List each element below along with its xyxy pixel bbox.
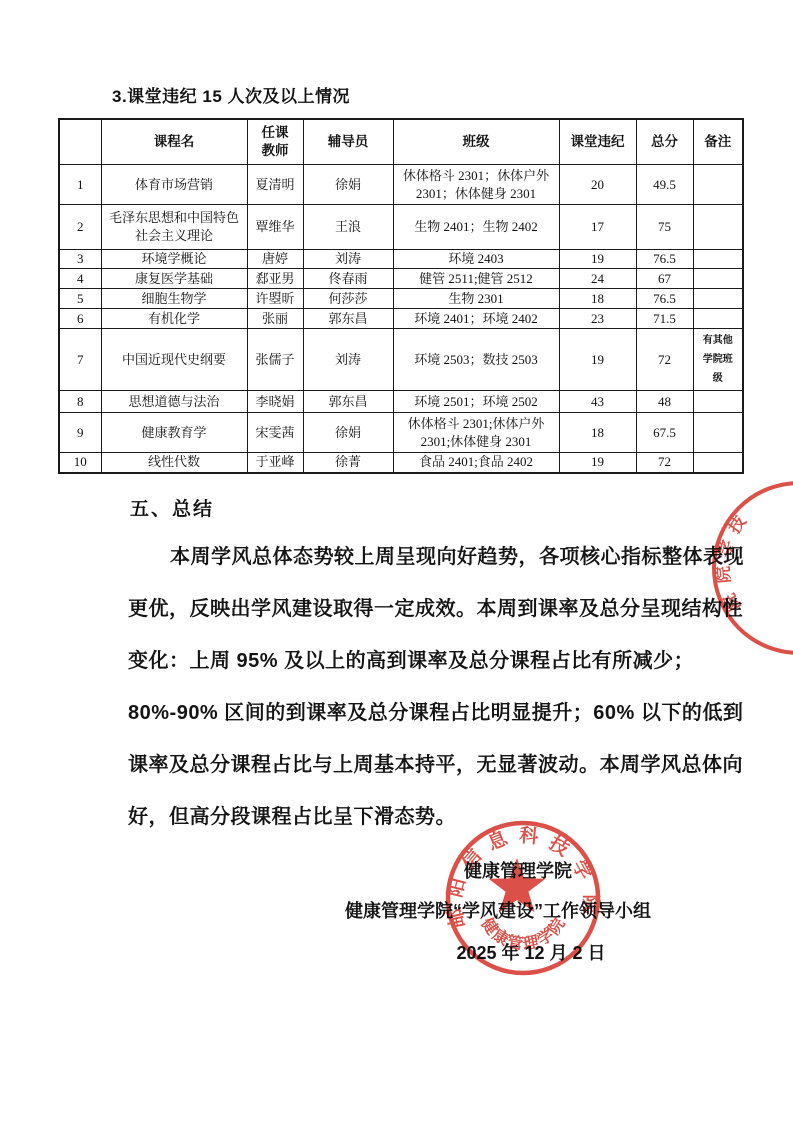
table-cell — [693, 165, 743, 205]
table-cell: 环境学概论 — [101, 250, 247, 269]
table-cell: 线性代数 — [101, 453, 247, 473]
table-cell: 细胞生物学 — [101, 289, 247, 309]
table-cell: 体育市场营销 — [101, 165, 247, 205]
table-cell: 健康教育学 — [101, 413, 247, 453]
summary-line: 80%-90% 区间的到课率及总分课程占比明显提升；60% 以下的低到 — [128, 687, 676, 739]
table-cell: 徐娟 — [303, 413, 393, 453]
table-cell: 康复医学基础 — [101, 269, 247, 289]
table-cell: 17 — [559, 205, 636, 250]
document-page: 3.课堂违纪 15 人次及以上情况 课程名任课 教师辅导员班级课堂违纪总分备注 … — [0, 0, 793, 1122]
table-cell: 毛泽东思想和中国特色社会主义理论 — [101, 205, 247, 250]
table-row: 5细胞生物学许曌昕何莎莎生物 23011876.5 — [59, 289, 743, 309]
table-cell: 9 — [59, 413, 101, 453]
table-cell: 72 — [636, 329, 693, 391]
table-row: 7中国近现代史纲要张儒子刘涛环境 2503；数技 25031972有其他学院班级 — [59, 329, 743, 391]
table-cell: 19 — [559, 250, 636, 269]
table-cell: 24 — [559, 269, 636, 289]
svg-text:院: 院 — [719, 590, 745, 614]
svg-text:学: 学 — [568, 856, 597, 884]
table-cell: 环境 2403 — [393, 250, 559, 269]
table-cell: 健管 2511;健管 2512 — [393, 269, 559, 289]
table-cell — [693, 289, 743, 309]
table-cell — [693, 309, 743, 329]
table-cell: 唐婷 — [247, 250, 303, 269]
seal-star-icon — [489, 858, 546, 912]
svg-text:院: 院 — [713, 565, 734, 584]
table-cell: 67.5 — [636, 413, 693, 453]
table-cell: 5 — [59, 289, 101, 309]
table-cell: 19 — [559, 329, 636, 391]
table-cell: 23 — [559, 309, 636, 329]
table-row: 2毛泽东思想和中国特色社会主义理论覃维华王浪生物 2401；生物 2402177… — [59, 205, 743, 250]
table-cell — [693, 413, 743, 453]
svg-text:院: 院 — [580, 894, 603, 913]
table-cell: 8 — [59, 391, 101, 413]
svg-text:科: 科 — [518, 823, 540, 848]
partial-seal-stamp: 技学院院 — [702, 478, 793, 664]
table-cell — [693, 269, 743, 289]
table-cell — [693, 250, 743, 269]
table-cell: 郭东昌 — [303, 309, 393, 329]
table-cell: 许曌昕 — [247, 289, 303, 309]
table-header-cell: 任课 教师 — [247, 119, 303, 165]
table-cell: 72 — [636, 453, 693, 473]
table-header-cell: 备注 — [693, 119, 743, 165]
table-cell: 生物 2401；生物 2402 — [393, 205, 559, 250]
section3-title: 3.课堂违纪 15 人次及以上情况 — [112, 82, 350, 107]
table-cell: 10 — [59, 453, 101, 473]
table-cell: 休体格斗 2301；休体户外 2301；休体健身 2301 — [393, 165, 559, 205]
table-cell: 夏清明 — [247, 165, 303, 205]
seal-inner-text: 健康管理学院 — [477, 913, 569, 953]
summary-line: 本周学风总体态势较上周呈现向好趋势，各项核心指标整体表现 — [128, 531, 676, 583]
table-cell: 7 — [59, 329, 101, 391]
summary-line: 更优，反映出学风建设取得一定成效。本周到课率及总分呈现结构性 — [128, 583, 676, 635]
violations-table: 课程名任课 教师辅导员班级课堂违纪总分备注 1体育市场营销夏清明徐娟休体格斗 2… — [58, 118, 744, 474]
table-cell: 48 — [636, 391, 693, 413]
table-cell — [693, 205, 743, 250]
table-cell: 于亚峰 — [247, 453, 303, 473]
table-cell: 18 — [559, 289, 636, 309]
table-cell: 生物 2301 — [393, 289, 559, 309]
table-cell: 49.5 — [636, 165, 693, 205]
table-row: 6有机化学张丽郭东昌环境 2401；环境 24022371.5 — [59, 309, 743, 329]
table-cell: 徐菁 — [303, 453, 393, 473]
table-cell: 6 — [59, 309, 101, 329]
svg-text:阳: 阳 — [444, 876, 470, 900]
svg-text:信: 信 — [456, 844, 486, 873]
official-seal-stamp: 邮阳信息科技学院 健康管理学院 — [440, 816, 606, 982]
table-cell: 2 — [59, 205, 101, 250]
table-row: 8思想道德与法治李晓娟郭东昌环境 2501；环境 25024348 — [59, 391, 743, 413]
table-body: 1体育市场营销夏清明徐娟休体格斗 2301；休体户外 2301；休体健身 230… — [59, 165, 743, 473]
table-cell: 佟春雨 — [303, 269, 393, 289]
table-header-row: 课程名任课 教师辅导员班级课堂违纪总分备注 — [59, 119, 743, 165]
table-cell — [693, 391, 743, 413]
table-header-cell: 总分 — [636, 119, 693, 165]
table-cell: 宋雯茜 — [247, 413, 303, 453]
table-cell: 中国近现代史纲要 — [101, 329, 247, 391]
table-cell: 刘涛 — [303, 329, 393, 391]
table-cell: 75 — [636, 205, 693, 250]
section5-title: 五、总结 — [130, 494, 214, 521]
table-cell: 刘涛 — [303, 250, 393, 269]
table-header-cell: 辅导员 — [303, 119, 393, 165]
table-cell: 环境 2401；环境 2402 — [393, 309, 559, 329]
table-row: 9健康教育学宋雯茜徐娟休体格斗 2301;休体户外 2301;休体健身 2301… — [59, 413, 743, 453]
table-cell: 环境 2501；环境 2502 — [393, 391, 559, 413]
table-row: 1体育市场营销夏清明徐娟休体格斗 2301；休体户外 2301；休体健身 230… — [59, 165, 743, 205]
table-cell: 环境 2503；数技 2503 — [393, 329, 559, 391]
table-cell: 有机化学 — [101, 309, 247, 329]
table-row: 10线性代数于亚峰徐菁食品 2401;食品 24021972 — [59, 453, 743, 473]
table-cell: 张儒子 — [247, 329, 303, 391]
table-cell: 覃维华 — [247, 205, 303, 250]
table-cell: 有其他学院班级 — [693, 329, 743, 391]
table-cell: 徐娟 — [303, 165, 393, 205]
table-cell: 1 — [59, 165, 101, 205]
svg-text:学: 学 — [714, 538, 738, 560]
summary-line: 变化：上周 95% 及以上的高到课率及总分课程占比有所减少； — [128, 635, 676, 687]
table-header-cell: 班级 — [393, 119, 559, 165]
table-cell: 张丽 — [247, 309, 303, 329]
table-cell: 王浪 — [303, 205, 393, 250]
summary-line: 课率及总分课程占比与上周基本持平，无显著波动。本周学风总体向 — [128, 739, 676, 791]
table-cell: 19 — [559, 453, 636, 473]
table-cell: 20 — [559, 165, 636, 205]
table-cell: 郄亚男 — [247, 269, 303, 289]
table-cell: 李晓娟 — [247, 391, 303, 413]
table-cell: 食品 2401;食品 2402 — [393, 453, 559, 473]
svg-text:技: 技 — [723, 512, 750, 538]
table-cell: 3 — [59, 250, 101, 269]
table-cell: 4 — [59, 269, 101, 289]
table-cell — [693, 453, 743, 473]
table-cell: 43 — [559, 391, 636, 413]
table-cell: 何莎莎 — [303, 289, 393, 309]
table-header-cell: 课程名 — [101, 119, 247, 165]
table-row: 3环境学概论唐婷刘涛环境 24031976.5 — [59, 250, 743, 269]
table-cell: 18 — [559, 413, 636, 453]
table-row: 4康复医学基础郄亚男佟春雨健管 2511;健管 25122467 — [59, 269, 743, 289]
table-cell: 71.5 — [636, 309, 693, 329]
table-header-cell — [59, 119, 101, 165]
table-cell: 郭东昌 — [303, 391, 393, 413]
table-cell: 休体格斗 2301;休体户外 2301;休体健身 2301 — [393, 413, 559, 453]
table-header-cell: 课堂违纪 — [559, 119, 636, 165]
summary-paragraph: 本周学风总体态势较上周呈现向好趋势，各项核心指标整体表现更优，反映出学风建设取得… — [128, 531, 676, 843]
table-cell: 76.5 — [636, 289, 693, 309]
svg-text:技: 技 — [545, 831, 573, 861]
table-cell: 67 — [636, 269, 693, 289]
table-cell: 76.5 — [636, 250, 693, 269]
table-cell: 思想道德与法治 — [101, 391, 247, 413]
